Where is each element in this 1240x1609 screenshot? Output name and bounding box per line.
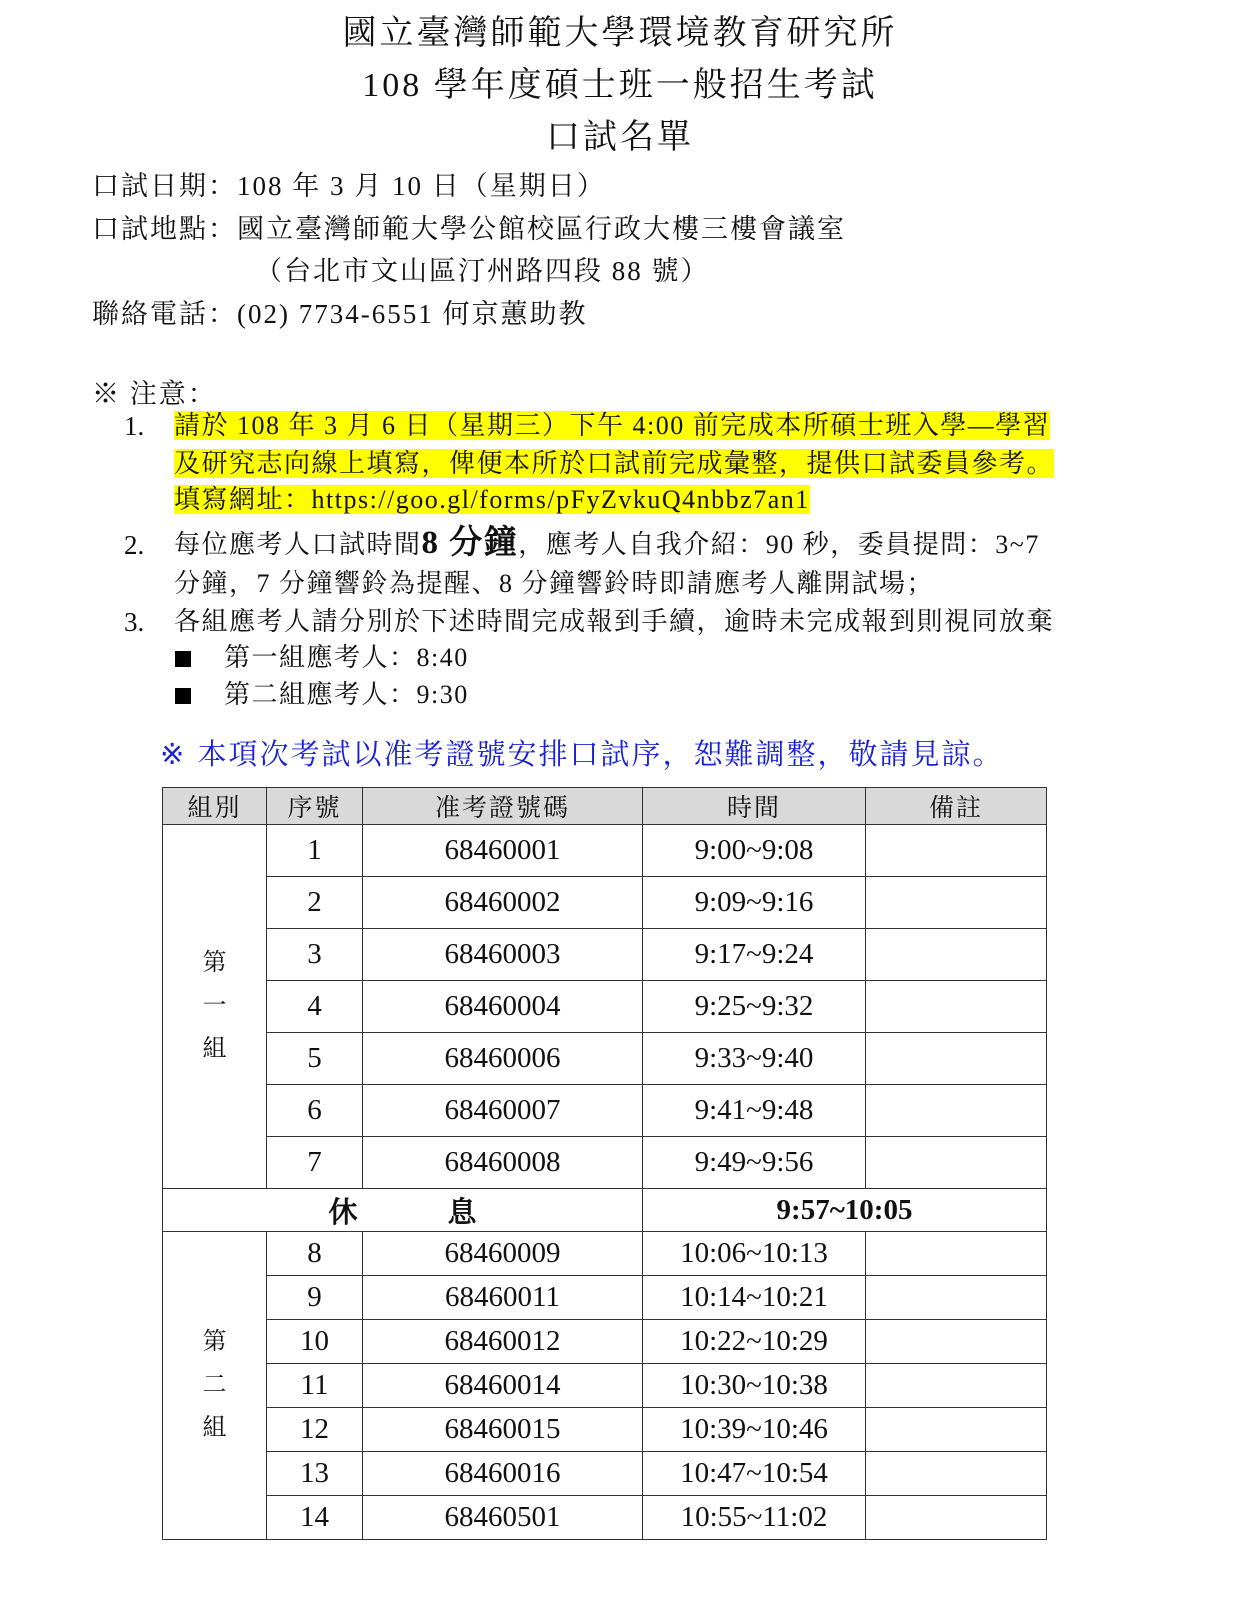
contact-phone-label: 聯絡電話：: [92, 299, 237, 329]
note-cell: [866, 1496, 1047, 1540]
seq-cell: 14: [267, 1496, 363, 1540]
document-title-institute: 國立臺灣師範大學環境教育研究所: [0, 14, 1240, 54]
seq-cell: 6: [267, 1085, 363, 1137]
document-title-exam: 108 學年度碩士班一般招生考試: [0, 66, 1240, 106]
table-row: 2 68460002 9:09~9:16: [163, 877, 1047, 929]
note-cell: [866, 1276, 1047, 1320]
time-cell: 9:33~9:40: [643, 1033, 866, 1085]
table-row: 13 68460016 10:47~10:54: [163, 1452, 1047, 1496]
group-2-label: 第 二 組: [163, 1232, 267, 1540]
notice-item-2-number: 2.: [124, 527, 144, 563]
square-bullet-icon: [175, 651, 191, 667]
note-cell: [866, 1320, 1047, 1364]
table-row: 3 68460003 9:17~9:24: [163, 929, 1047, 981]
form-url-link[interactable]: 填寫網址：https://goo.gl/forms/pFyZvkuQ4nbbz7…: [174, 485, 810, 514]
column-header-note: 備註: [866, 788, 1047, 825]
ticket-number-cell: 68460003: [363, 929, 643, 981]
order-notice: ※ 本項次考試以准考證號安排口試序，恕難調整，敬請見諒。: [160, 732, 1004, 773]
notice-item-2-suffix: ，應考人自我介紹：90 秒，委員提問：3~7: [518, 530, 1040, 559]
seq-cell: 4: [267, 981, 363, 1033]
table-row: 12 68460015 10:39~10:46: [163, 1408, 1047, 1452]
time-cell: 10:47~10:54: [643, 1452, 866, 1496]
break-time: 9:57~10:05: [643, 1189, 1047, 1232]
column-header-seq: 序號: [267, 788, 363, 825]
ticket-number-cell: 68460012: [363, 1320, 643, 1364]
group-label-char: 一: [163, 985, 266, 1028]
table-row: 4 68460004 9:25~9:32: [163, 981, 1047, 1033]
group-1-label: 第 一 組: [163, 825, 267, 1189]
table-row: 5 68460006 9:33~9:40: [163, 1033, 1047, 1085]
seq-cell: 5: [267, 1033, 363, 1085]
square-bullet-icon: [175, 688, 191, 704]
note-cell: [866, 1408, 1047, 1452]
contact-phone-value: (02) 7734-6551 何京蕙助教: [237, 299, 587, 329]
time-cell: 9:49~9:56: [643, 1137, 866, 1189]
notice-item-2-prefix: 每位應考人口試時間: [174, 530, 422, 559]
note-cell: [866, 1033, 1047, 1085]
break-row: 休息 9:57~10:05: [163, 1189, 1047, 1232]
ticket-number-cell: 68460007: [363, 1085, 643, 1137]
contact-phone: 聯絡電話：(02) 7734-6551 何京蕙助教: [92, 296, 587, 332]
notice-item-2-line-2: 分鐘，7 分鐘響鈴為提醒、8 分鐘響鈴時即請應考人離開試場；: [174, 566, 934, 602]
table-row: 14 68460501 10:55~11:02: [163, 1496, 1047, 1540]
table-row: 7 68460008 9:49~9:56: [163, 1137, 1047, 1189]
notice-heading: ※ 注意：: [92, 372, 217, 411]
time-cell: 10:06~10:13: [643, 1232, 866, 1276]
time-cell: 10:39~10:46: [643, 1408, 866, 1452]
interview-schedule-table: 組別 序號 准考證號碼 時間 備註 第 一 組 1 68460001 9:00~…: [162, 787, 1047, 1540]
exam-location-label: 口試地點：: [92, 214, 237, 244]
seq-cell: 13: [267, 1452, 363, 1496]
note-cell: [866, 1085, 1047, 1137]
exam-date-label: 口試日期：: [92, 171, 237, 201]
note-cell: [866, 1137, 1047, 1189]
table-row: 6 68460007 9:41~9:48: [163, 1085, 1047, 1137]
ticket-number-cell: 68460015: [363, 1408, 643, 1452]
table-row: 9 68460011 10:14~10:21: [163, 1276, 1047, 1320]
time-cell: 9:00~9:08: [643, 825, 866, 877]
time-cell: 9:09~9:16: [643, 877, 866, 929]
table-row: 11 68460014 10:30~10:38: [163, 1364, 1047, 1408]
seq-cell: 11: [267, 1364, 363, 1408]
ticket-number-cell: 68460501: [363, 1496, 643, 1540]
seq-cell: 10: [267, 1320, 363, 1364]
seq-cell: 9: [267, 1276, 363, 1320]
seq-cell: 7: [267, 1137, 363, 1189]
time-cell: 10:55~11:02: [643, 1496, 866, 1540]
note-cell: [866, 1452, 1047, 1496]
seq-cell: 3: [267, 929, 363, 981]
group2-checkin-time: 第二組應考人：9:30: [224, 677, 469, 713]
document-title-list: 口試名單: [0, 118, 1240, 158]
notice-item-3-line-1: 各組應考人請分別於下述時間完成報到手續，逾時未完成報到則視同放棄: [174, 604, 1054, 640]
seq-cell: 2: [267, 877, 363, 929]
exam-location: 口試地點：國立臺灣師範大學公館校區行政大樓三樓會議室: [92, 211, 846, 247]
exam-date: 口試日期：108 年 3 月 10 日（星期日）: [92, 168, 606, 204]
notice-item-1-number: 1.: [124, 408, 144, 444]
time-cell: 9:17~9:24: [643, 929, 866, 981]
table-row: 第 一 組 1 68460001 9:00~9:08: [163, 825, 1047, 877]
group-label-char: 組: [163, 1028, 266, 1071]
time-cell: 9:41~9:48: [643, 1085, 866, 1137]
notice-item-1-line-2: 及研究志向線上填寫，俾便本所於口試前完成彙整，提供口試委員參考。: [174, 446, 1054, 482]
time-cell: 10:22~10:29: [643, 1320, 866, 1364]
break-label: 休息: [163, 1189, 643, 1232]
time-cell: 9:25~9:32: [643, 981, 866, 1033]
table-header-row: 組別 序號 准考證號碼 時間 備註: [163, 788, 1047, 825]
seq-cell: 12: [267, 1408, 363, 1452]
ticket-number-cell: 68460004: [363, 981, 643, 1033]
ticket-number-cell: 68460008: [363, 1137, 643, 1189]
ticket-number-cell: 68460001: [363, 825, 643, 877]
note-cell: [866, 929, 1047, 981]
ticket-number-cell: 68460011: [363, 1276, 643, 1320]
exam-address: （台北市文山區汀州路四段 88 號）: [255, 253, 710, 289]
highlighted-text: 請於 108 年 3 月 6 日（星期三）下午 4:00 前完成本所碩士班入學—…: [174, 411, 1050, 440]
time-cell: 10:14~10:21: [643, 1276, 866, 1320]
group-label-char: 第: [163, 1321, 266, 1364]
time-cell: 10:30~10:38: [643, 1364, 866, 1408]
ticket-number-cell: 68460016: [363, 1452, 643, 1496]
group-label-char: 組: [163, 1407, 266, 1450]
notice-item-1-line-3: 填寫網址：https://goo.gl/forms/pFyZvkuQ4nbbz7…: [174, 482, 810, 518]
note-cell: [866, 825, 1047, 877]
ticket-number-cell: 68460002: [363, 877, 643, 929]
ticket-number-cell: 68460009: [363, 1232, 643, 1276]
ticket-number-cell: 68460006: [363, 1033, 643, 1085]
exam-date-value: 108 年 3 月 10 日（星期日）: [237, 171, 606, 201]
column-header-time: 時間: [643, 788, 866, 825]
seq-cell: 1: [267, 825, 363, 877]
note-cell: [866, 877, 1047, 929]
notice-item-3-number: 3.: [124, 604, 144, 640]
group-label-char: 第: [163, 942, 266, 985]
table-row: 10 68460012 10:22~10:29: [163, 1320, 1047, 1364]
seq-cell: 8: [267, 1232, 363, 1276]
highlighted-text: 及研究志向線上填寫，俾便本所於口試前完成彙整，提供口試委員參考。: [174, 449, 1054, 478]
exam-duration: 8 分鐘: [422, 525, 519, 561]
notice-item-2-line-1: 每位應考人口試時間8 分鐘，應考人自我介紹：90 秒，委員提問：3~7: [174, 525, 1040, 563]
table-row: 第 二 組 8 68460009 10:06~10:13: [163, 1232, 1047, 1276]
ticket-number-cell: 68460014: [363, 1364, 643, 1408]
notice-item-1-line-1: 請於 108 年 3 月 6 日（星期三）下午 4:00 前完成本所碩士班入學—…: [174, 408, 1050, 444]
group-label-char: 二: [163, 1364, 266, 1407]
note-cell: [866, 1232, 1047, 1276]
column-header-group: 組別: [163, 788, 267, 825]
exam-location-value: 國立臺灣師範大學公館校區行政大樓三樓會議室: [237, 214, 846, 244]
note-cell: [866, 981, 1047, 1033]
group1-checkin-time: 第一組應考人：8:40: [224, 640, 469, 676]
note-cell: [866, 1364, 1047, 1408]
column-header-ticket-number: 准考證號碼: [363, 788, 643, 825]
